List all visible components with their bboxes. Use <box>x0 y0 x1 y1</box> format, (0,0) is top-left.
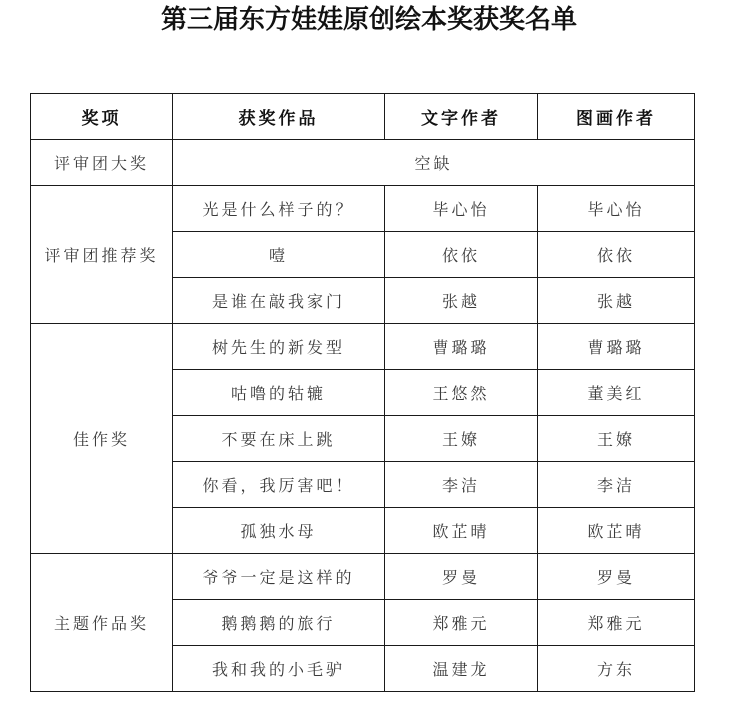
table-row: 佳作奖 树先生的新发型 曹璐璐 曹璐璐 <box>31 324 695 370</box>
work-title: 是谁在敲我家门 <box>173 278 385 324</box>
document-title: 第三届东方娃娃原创绘本奖获奖名单 <box>0 4 738 36</box>
illustrator: 方东 <box>538 646 695 692</box>
text-author: 李洁 <box>385 462 538 508</box>
illustrator: 张越 <box>538 278 695 324</box>
table-row: 评审团大奖 空缺 <box>31 140 695 186</box>
text-author: 郑雅元 <box>385 600 538 646</box>
work-title: 我和我的小毛驴 <box>173 646 385 692</box>
award-category: 主题作品奖 <box>31 554 173 692</box>
work-title: 鹅鹅鹅的旅行 <box>173 600 385 646</box>
header-illustrator: 图画作者 <box>538 94 695 140</box>
award-table: 奖项 获奖作品 文字作者 图画作者 评审团大奖 空缺 评审团推荐奖 光是什么样子… <box>30 93 695 692</box>
header-row: 奖项 获奖作品 文字作者 图画作者 <box>31 94 695 140</box>
illustrator: 郑雅元 <box>538 600 695 646</box>
text-author: 王嫽 <box>385 416 538 462</box>
header-winning-work: 获奖作品 <box>173 94 385 140</box>
work-title: 光是什么样子的？ <box>173 186 385 232</box>
text-author: 欧芷晴 <box>385 508 538 554</box>
text-author: 依依 <box>385 232 538 278</box>
table-row: 主题作品奖 爷爷一定是这样的 罗曼 罗曼 <box>31 554 695 600</box>
text-author: 毕心怡 <box>385 186 538 232</box>
illustrator: 欧芷晴 <box>538 508 695 554</box>
text-author: 罗曼 <box>385 554 538 600</box>
grand-prize-value: 空缺 <box>173 140 695 186</box>
table-row: 评审团推荐奖 光是什么样子的？ 毕心怡 毕心怡 <box>31 186 695 232</box>
illustrator: 罗曼 <box>538 554 695 600</box>
text-author: 温建龙 <box>385 646 538 692</box>
illustrator: 毕心怡 <box>538 186 695 232</box>
award-category: 评审团大奖 <box>31 140 173 186</box>
work-title: 噎 <box>173 232 385 278</box>
award-category: 评审团推荐奖 <box>31 186 173 324</box>
work-title: 不要在床上跳 <box>173 416 385 462</box>
illustrator: 李洁 <box>538 462 695 508</box>
text-author: 王悠然 <box>385 370 538 416</box>
work-title: 爷爷一定是这样的 <box>173 554 385 600</box>
text-author: 张越 <box>385 278 538 324</box>
text-author: 曹璐璐 <box>385 324 538 370</box>
illustrator: 曹璐璐 <box>538 324 695 370</box>
header-award-category: 奖项 <box>31 94 173 140</box>
work-title: 树先生的新发型 <box>173 324 385 370</box>
work-title: 咕噜的轱辘 <box>173 370 385 416</box>
illustrator: 王嫽 <box>538 416 695 462</box>
work-title: 你看，我厉害吧！ <box>173 462 385 508</box>
work-title: 孤独水母 <box>173 508 385 554</box>
illustrator: 董美红 <box>538 370 695 416</box>
illustrator: 依依 <box>538 232 695 278</box>
award-category: 佳作奖 <box>31 324 173 554</box>
header-text-author: 文字作者 <box>385 94 538 140</box>
